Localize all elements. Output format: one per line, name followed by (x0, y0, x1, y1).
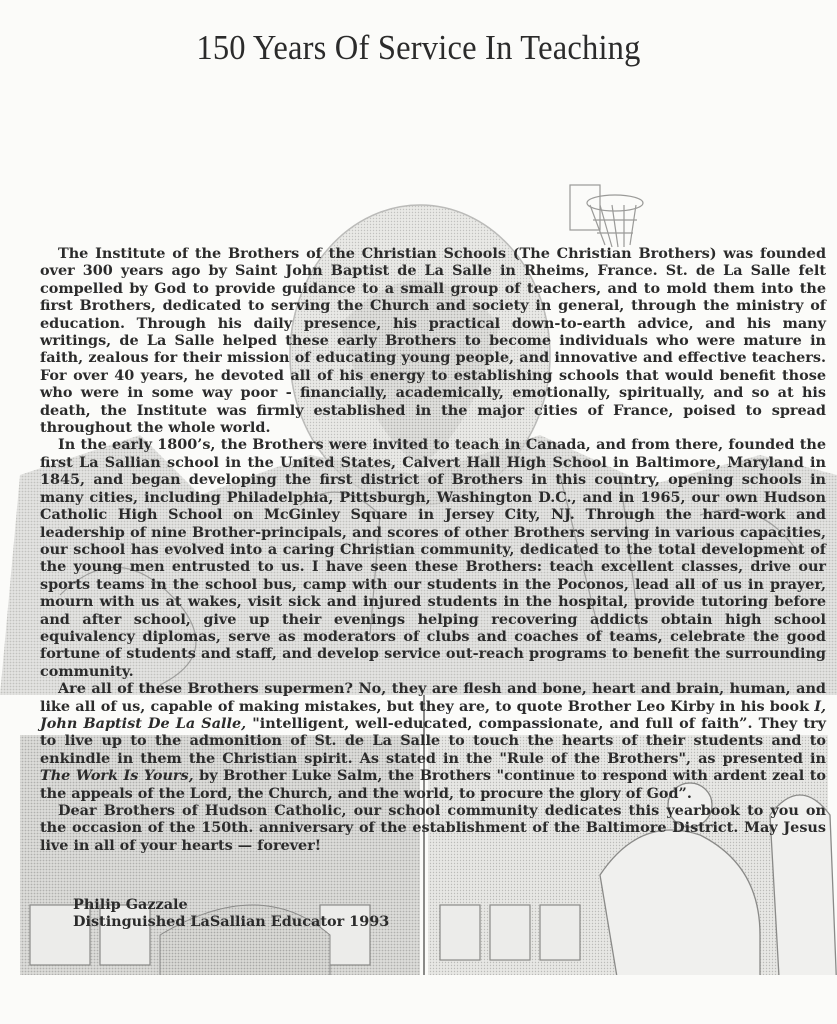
page-title: 150 Years Of Service In Teaching (29, 28, 807, 68)
basketball-hoop-icon (570, 185, 643, 247)
author-name: Philip Gazzale (73, 896, 389, 913)
book-title-text: The Work Is Yours, (40, 767, 194, 784)
paragraph-text: In the early 1800’s, the Brothers were i… (40, 436, 826, 679)
paragraph-text: The Institute of the Brothers of the Chr… (40, 245, 826, 436)
paragraph-text: Dear Brothers of Hudson Catholic, our sc… (40, 802, 826, 854)
article-body: The Institute of the Brothers of the Chr… (40, 245, 826, 854)
paragraph-text: Are all of these Brothers supermen? No, … (40, 680, 826, 714)
paragraph-1: The Institute of the Brothers of the Chr… (40, 245, 826, 436)
paragraph-2: In the early 1800’s, the Brothers were i… (40, 436, 826, 680)
paragraph-4: Dear Brothers of Hudson Catholic, our sc… (40, 802, 826, 854)
signature-block: Philip Gazzale Distinguished LaSallian E… (73, 896, 389, 931)
author-title: Distinguished LaSallian Educator 1993 (73, 913, 389, 930)
paragraph-3: Are all of these Brothers supermen? No, … (40, 680, 826, 802)
